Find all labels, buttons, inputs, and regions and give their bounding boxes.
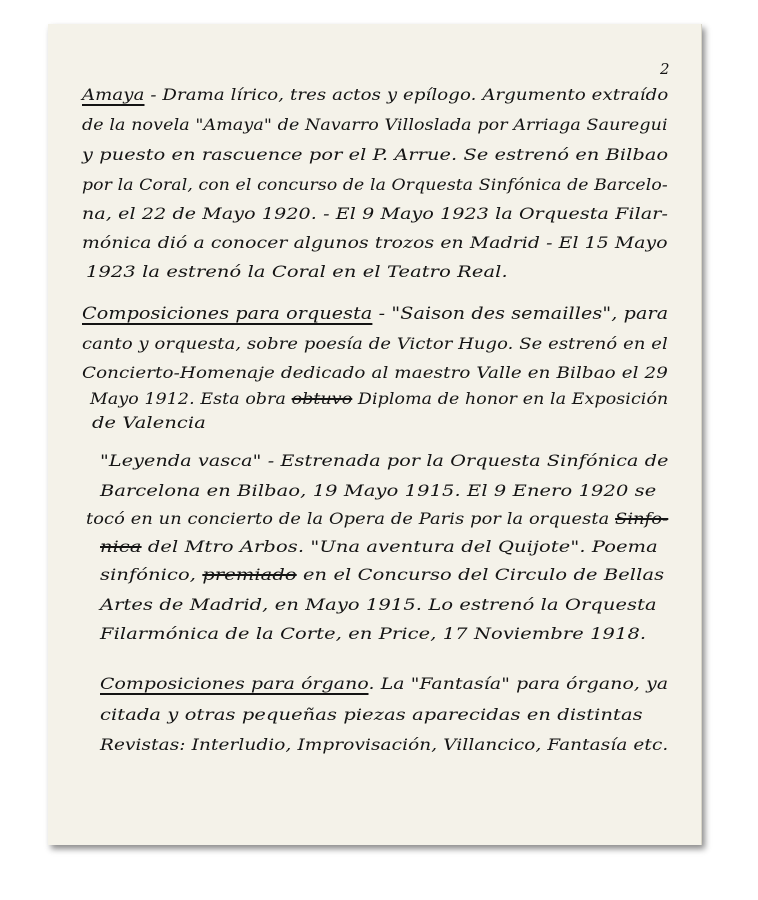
- manuscript-line: sinfónico, premiado en el Concurso del C…: [100, 566, 664, 584]
- section-heading-amaya: Amaya: [82, 86, 144, 104]
- manuscript-line: Revistas: Interludio, Improvisación, Vil…: [100, 736, 668, 754]
- struck-word: nica: [100, 538, 142, 556]
- manuscript-line: por la Coral, con el concurso de la Orqu…: [82, 176, 668, 194]
- struck-word: premiado: [202, 566, 296, 584]
- manuscript-line: na, el 22 de Mayo 1920. - El 9 Mayo 1923…: [82, 205, 668, 223]
- manuscript-line: Filarmónica de la Corte, en Price, 17 No…: [100, 625, 646, 643]
- manuscript-line: nica del Mtro Arbos. "Una aventura del Q…: [100, 538, 658, 556]
- section-heading-orquesta: Composiciones para orquesta: [82, 304, 372, 323]
- manuscript-line: Amaya - Drama lírico, tres actos y epílo…: [82, 86, 668, 104]
- manuscript-line: Artes de Madrid, en Mayo 1915. Lo estren…: [100, 596, 657, 614]
- struck-word: obtuvo: [292, 390, 353, 408]
- manuscript-line: canto y orquesta, sobre poesía de Victor…: [82, 335, 668, 353]
- manuscript-line: "Leyenda vasca" - Estrenada por la Orque…: [100, 452, 669, 470]
- struck-word: Sinfo-: [615, 510, 668, 528]
- page-number: 2: [660, 60, 670, 78]
- manuscript-line: de la novela "Amaya" de Navarro Villosla…: [82, 116, 668, 134]
- manuscript-line: y puesto en rascuence por el P. Arrue. S…: [82, 146, 668, 164]
- manuscript-line: 1923 la estrenó la Coral en el Teatro Re…: [86, 263, 508, 281]
- manuscript-line: Barcelona en Bilbao, 19 Mayo 1915. El 9 …: [100, 482, 656, 500]
- manuscript-line: Composiciones para orquesta - "Saison de…: [82, 304, 668, 323]
- manuscript-line: de Valencia: [92, 414, 206, 432]
- manuscript-line: mónica dió a conocer algunos trozos en M…: [82, 234, 668, 252]
- manuscript-line: Concierto-Homenaje dedicado al maestro V…: [82, 364, 668, 382]
- manuscript-line: tocó en un concierto de la Opera de Pari…: [86, 510, 668, 528]
- manuscript-line: Mayo 1912. Esta obra obtuvo Diploma de h…: [90, 390, 668, 408]
- manuscript-line: Composiciones para órgano. La "Fantasía"…: [100, 674, 668, 693]
- section-heading-organo: Composiciones para órgano: [100, 674, 368, 693]
- manuscript-line: citada y otras pequeñas piezas aparecida…: [100, 706, 643, 724]
